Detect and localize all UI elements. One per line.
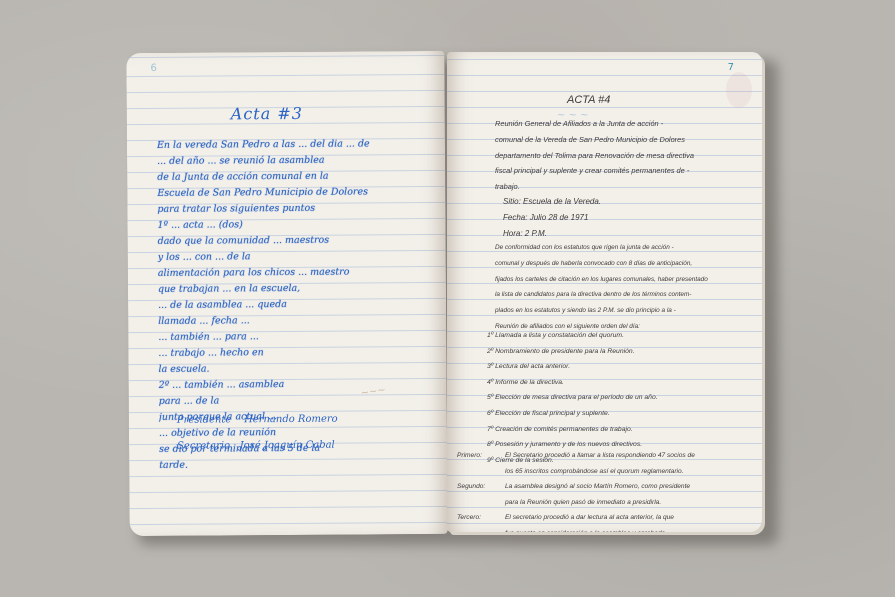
signature-role: Secretario (177, 440, 230, 451)
proceedings: Primero:El Secretario procedió a llamar … (457, 448, 695, 532)
detail-sitio: Sitio: Escuela de la Vereda. (503, 194, 601, 210)
text-line: ... del año ... se reunió la asamblea (157, 152, 427, 170)
text-line: la lista de candidatos para la directiva… (495, 287, 708, 303)
signature-role: Presidente (177, 414, 232, 425)
text-line: ... trabajo ... hecho en (158, 344, 428, 362)
right-page: 7 ACTA #4 Reunión General de Afiliados a… (447, 52, 762, 532)
text-line: trabajo. (495, 179, 694, 195)
text-line: para ... de la (159, 392, 429, 410)
proceeding-tercero: Tercero:El secretario procedió a dar lec… (457, 510, 695, 526)
agenda-item: 6º Elección de fiscal principal y suplen… (487, 406, 658, 422)
page-title: ACTA #4 (567, 94, 610, 106)
text-line: ... de la asamblea ... queda (158, 296, 428, 314)
meeting-heading: Reunión General de Afiliados a la Junta … (495, 116, 694, 195)
text-line: llamada ... fecha ... (158, 312, 428, 330)
text-line: que trabajan ... en la escuela, (158, 280, 428, 298)
proceeding-tercero-cont: fue puesta en consideración a la asamble… (457, 526, 695, 533)
proceeding-primero: Primero:El Secretario procedió a llamar … (457, 448, 695, 464)
page-number: 7 (728, 62, 734, 73)
text-line: la escuela. (158, 360, 428, 378)
text-line: plados en los estatutos y siendo las 2 P… (495, 303, 708, 319)
agenda-item: 2º Nombramiento de presidente para la Re… (487, 344, 658, 360)
signature-secretary: Secretario José Joaquín Cabal (177, 440, 335, 452)
meeting-details: Sitio: Escuela de la Vereda. Fecha: Juli… (503, 194, 601, 241)
text-line: 2º ... también ... asamblea (159, 376, 429, 394)
signature-name: José Joaquín Cabal (240, 440, 335, 452)
text-line: De conformidad con los estatutos que rig… (495, 240, 708, 256)
intro-paragraph: De conformidad con los estatutos que rig… (495, 240, 708, 335)
page-title: Acta #3 (231, 104, 303, 124)
left-page: 6 Acta #3 En la vereda San Pedro a las .… (126, 51, 447, 536)
text-line: Escuela de San Pedro Municipio de Dolore… (157, 184, 427, 202)
text-line: y los ... con ... de la (158, 248, 428, 266)
agenda-item: 5º Elección de mesa directiva para el pe… (487, 390, 658, 406)
agenda-item: 3º Lectura del acta anterior. (487, 359, 658, 375)
signature-president: Presidente Hernando Romero (177, 414, 338, 426)
text-line: 1º ... acta ... (dos) (157, 216, 427, 234)
text-line: departamento del Tolima para Renovación … (495, 148, 694, 164)
text-line: En la vereda San Pedro a las ... del dia… (157, 136, 427, 154)
proceeding-segundo: Segundo:La asamblea designó al socio Mar… (457, 479, 695, 495)
text-line: alimentación para los chicos ... maestro (158, 264, 428, 282)
text-line: dado que la comunidad ... maestros (158, 232, 428, 250)
agenda-item: 4º Informe de la directiva. (487, 375, 658, 391)
text-line: ... también ... para ... (158, 328, 428, 346)
detail-fecha: Fecha: Julio 28 de 1971 (503, 210, 601, 226)
text-line: comunal de la Vereda de San Pedro Munici… (495, 132, 694, 148)
text-line: fiscal principal y suplente y crear comi… (495, 163, 694, 179)
bleed-through-title: ~ ~ ~ (557, 110, 589, 121)
text-line: tarde. (159, 456, 429, 474)
page-number: 6 (150, 63, 156, 74)
text-line: comunal y después de haberla convocado c… (495, 256, 708, 272)
signature-name: Hernando Romero (244, 414, 338, 426)
text-line: fijados los carteles de citación en los … (495, 272, 708, 288)
text-line: para tratar los siguientes puntos (157, 200, 427, 218)
paper-stain (726, 72, 752, 108)
agenda-item: 7º Creación de comités permanentes de tr… (487, 422, 658, 438)
text-line: de la Junta de acción comunal en la (157, 168, 427, 186)
text-line: Reunión General de Afiliados a la Junta … (495, 116, 694, 132)
proceeding-primero-cont: los 65 inscritos comprobándose así el qu… (457, 464, 695, 480)
agenda-item: 1º Llamada a lista y constatación del qu… (487, 328, 658, 344)
proceeding-segundo-cont: para la Reunión quien pasó de inmediato … (457, 495, 695, 511)
